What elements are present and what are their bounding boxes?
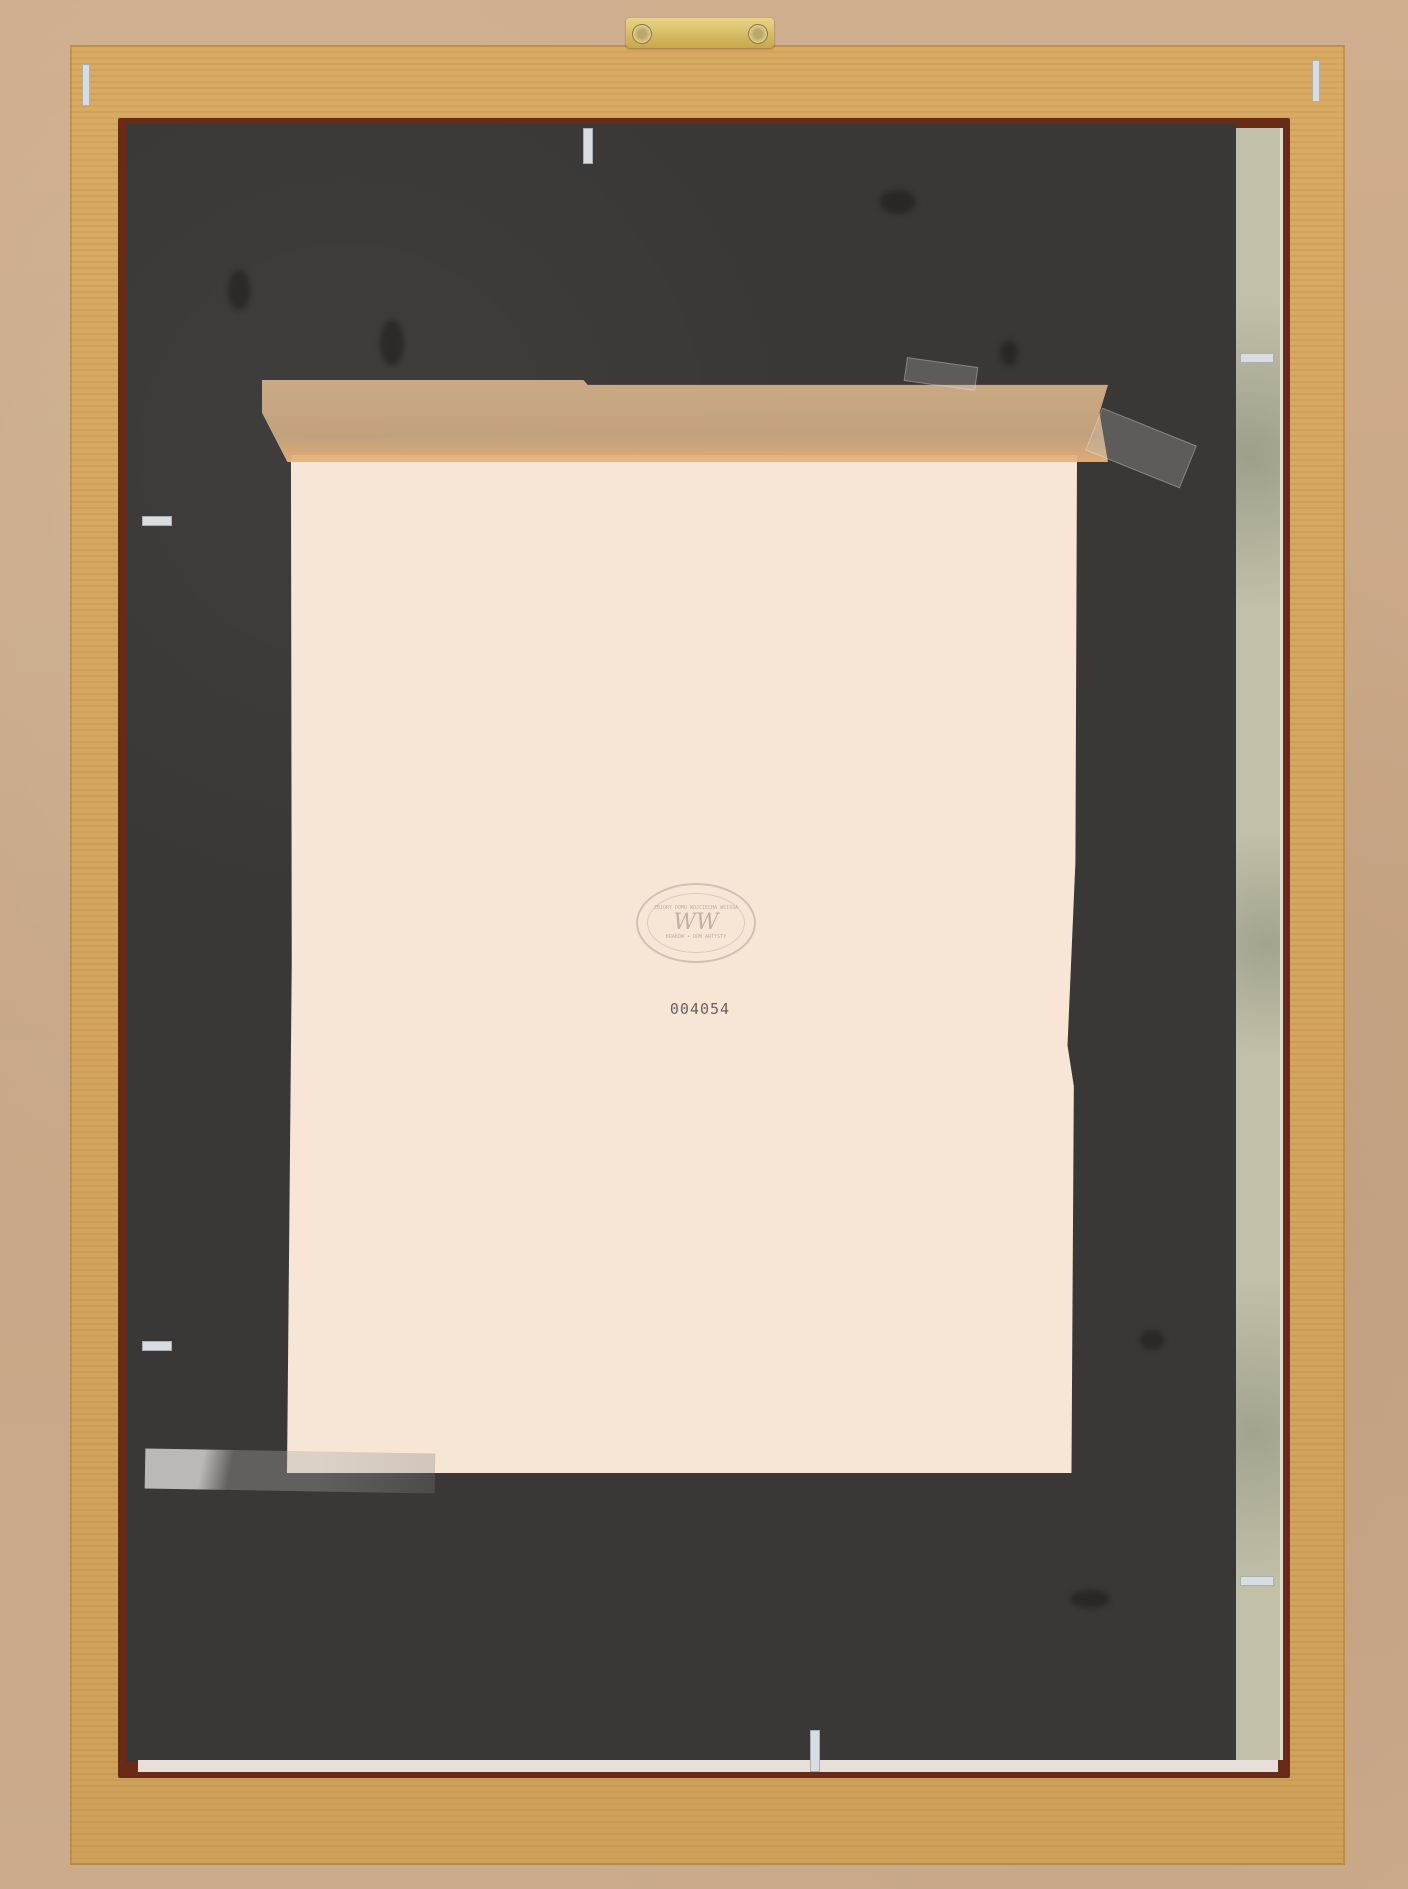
smudge — [880, 190, 916, 214]
smudge — [1000, 340, 1018, 366]
clear-tape — [145, 1448, 436, 1493]
metal-clip — [1240, 353, 1274, 363]
smudge — [1140, 1330, 1164, 1350]
smudge — [1070, 1590, 1110, 1608]
stamp-ring-text-bottom: KRAKÓW • DOM ARTYSTY — [666, 934, 726, 941]
screw-icon — [748, 24, 768, 44]
stamp-monogram: WW — [673, 912, 718, 934]
smudge — [228, 270, 250, 310]
white-mat-edge — [138, 1760, 1278, 1772]
metal-clip — [1312, 60, 1320, 102]
sawtooth-hanger — [626, 18, 774, 48]
screw-icon — [632, 24, 652, 44]
stamp-inner-ring: ZBIORY DOMU WOJCIECHA WEISSA WW KRAKÓW •… — [647, 893, 745, 953]
metal-clip — [82, 64, 90, 106]
metal-clip — [810, 1730, 820, 1772]
artwork-paper-sheet — [287, 455, 1077, 1473]
collection-stamp: ZBIORY DOMU WOJCIECHA WEISSA WW KRAKÓW •… — [636, 883, 756, 963]
metal-clip — [583, 128, 593, 164]
masking-tape-hinge — [262, 380, 1108, 462]
metal-clip — [142, 516, 172, 526]
smudge — [380, 320, 404, 366]
metal-clip — [1240, 1576, 1274, 1586]
marbled-paper-strip — [1236, 128, 1283, 1760]
inventory-number: 004054 — [660, 1000, 740, 1018]
metal-clip — [142, 1341, 172, 1351]
